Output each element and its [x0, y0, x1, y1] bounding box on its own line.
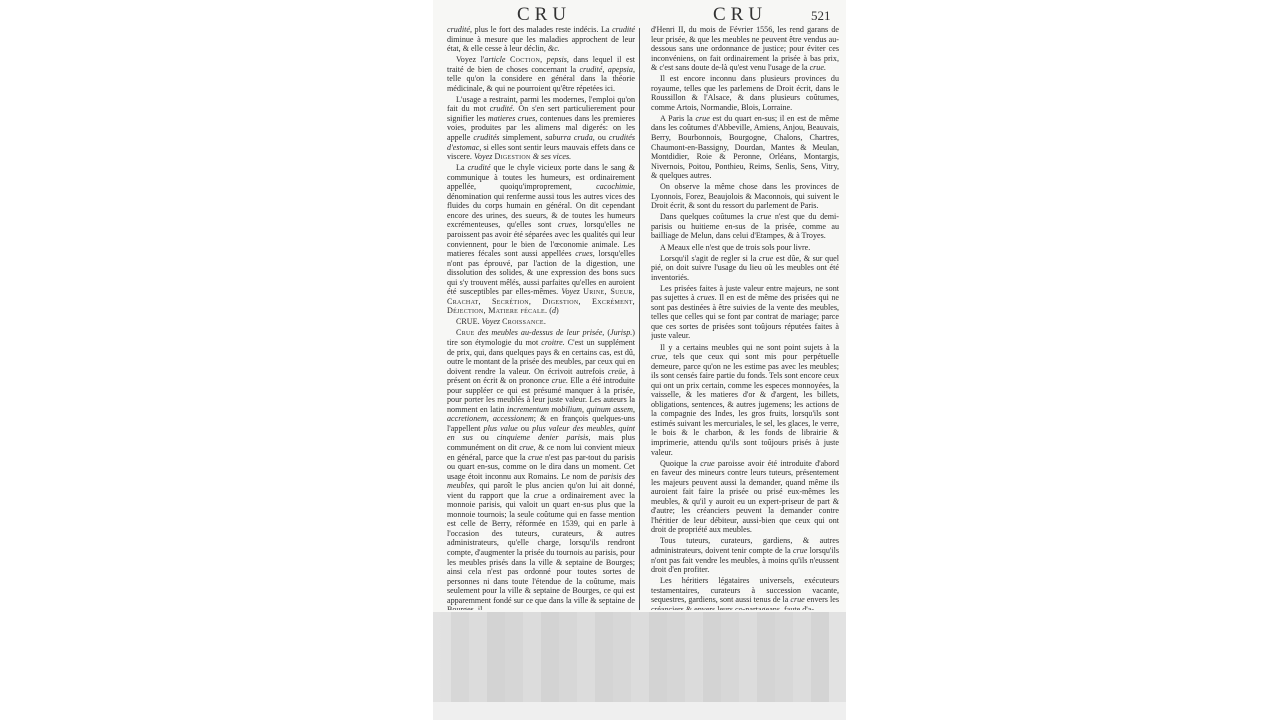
document-page: CRU CRU 521 crudité, plus le fort des ma…	[433, 0, 846, 720]
paragraph: Quoique la crue paroisse avoir été intro…	[651, 459, 839, 535]
paragraph: Il est encore inconnu dans plusieurs pro…	[651, 74, 839, 112]
redacted-region	[433, 612, 846, 720]
text-column-right: d'Henri II, du mois de Février 1556, les…	[651, 25, 839, 610]
paragraph: Les héritiers légataires universels, exé…	[651, 576, 839, 610]
paragraph: Dans quelques coûtumes la crue n'est que…	[651, 212, 839, 241]
paragraph: Voyez l'article Coction, pepsis, dans le…	[447, 55, 635, 93]
paragraph: La crudité que le chyle vicieux porte da…	[447, 163, 635, 316]
paragraph: Les prisées faites à juste valeur entre …	[651, 284, 839, 341]
paragraph: Lorsqu'il s'agit de regler si la crue es…	[651, 254, 839, 283]
paragraph: A Meaux elle n'est que de trois sols pou…	[651, 243, 839, 253]
page-number: 521	[811, 8, 831, 24]
running-head-left: CRU	[517, 4, 571, 26]
paragraph: d'Henri II, du mois de Février 1556, les…	[651, 25, 839, 73]
text-column-left: crudité, plus le fort des malades reste …	[447, 25, 635, 610]
running-head-right: CRU	[713, 4, 767, 26]
paragraph: On observe la même chose dans les provin…	[651, 182, 839, 211]
paragraph: Tous tuteurs, curateurs, gardiens, & aut…	[651, 536, 839, 574]
pixelated-block	[451, 612, 829, 702]
page-footer-area	[433, 702, 846, 720]
paragraph: A Paris la crue est du quart en-sus; il …	[651, 114, 839, 181]
paragraph: CRUE. Voyez Croissance.	[447, 317, 635, 327]
paragraph: crudité, plus le fort des malades reste …	[447, 25, 635, 54]
paragraph: L'usage a restraint, parmi les modernes,…	[447, 95, 635, 162]
paragraph: Crue des meubles au-dessus de leur prisé…	[447, 328, 635, 610]
paragraph: Il y a certains meubles qui ne sont poin…	[651, 343, 839, 458]
column-divider	[639, 28, 640, 610]
